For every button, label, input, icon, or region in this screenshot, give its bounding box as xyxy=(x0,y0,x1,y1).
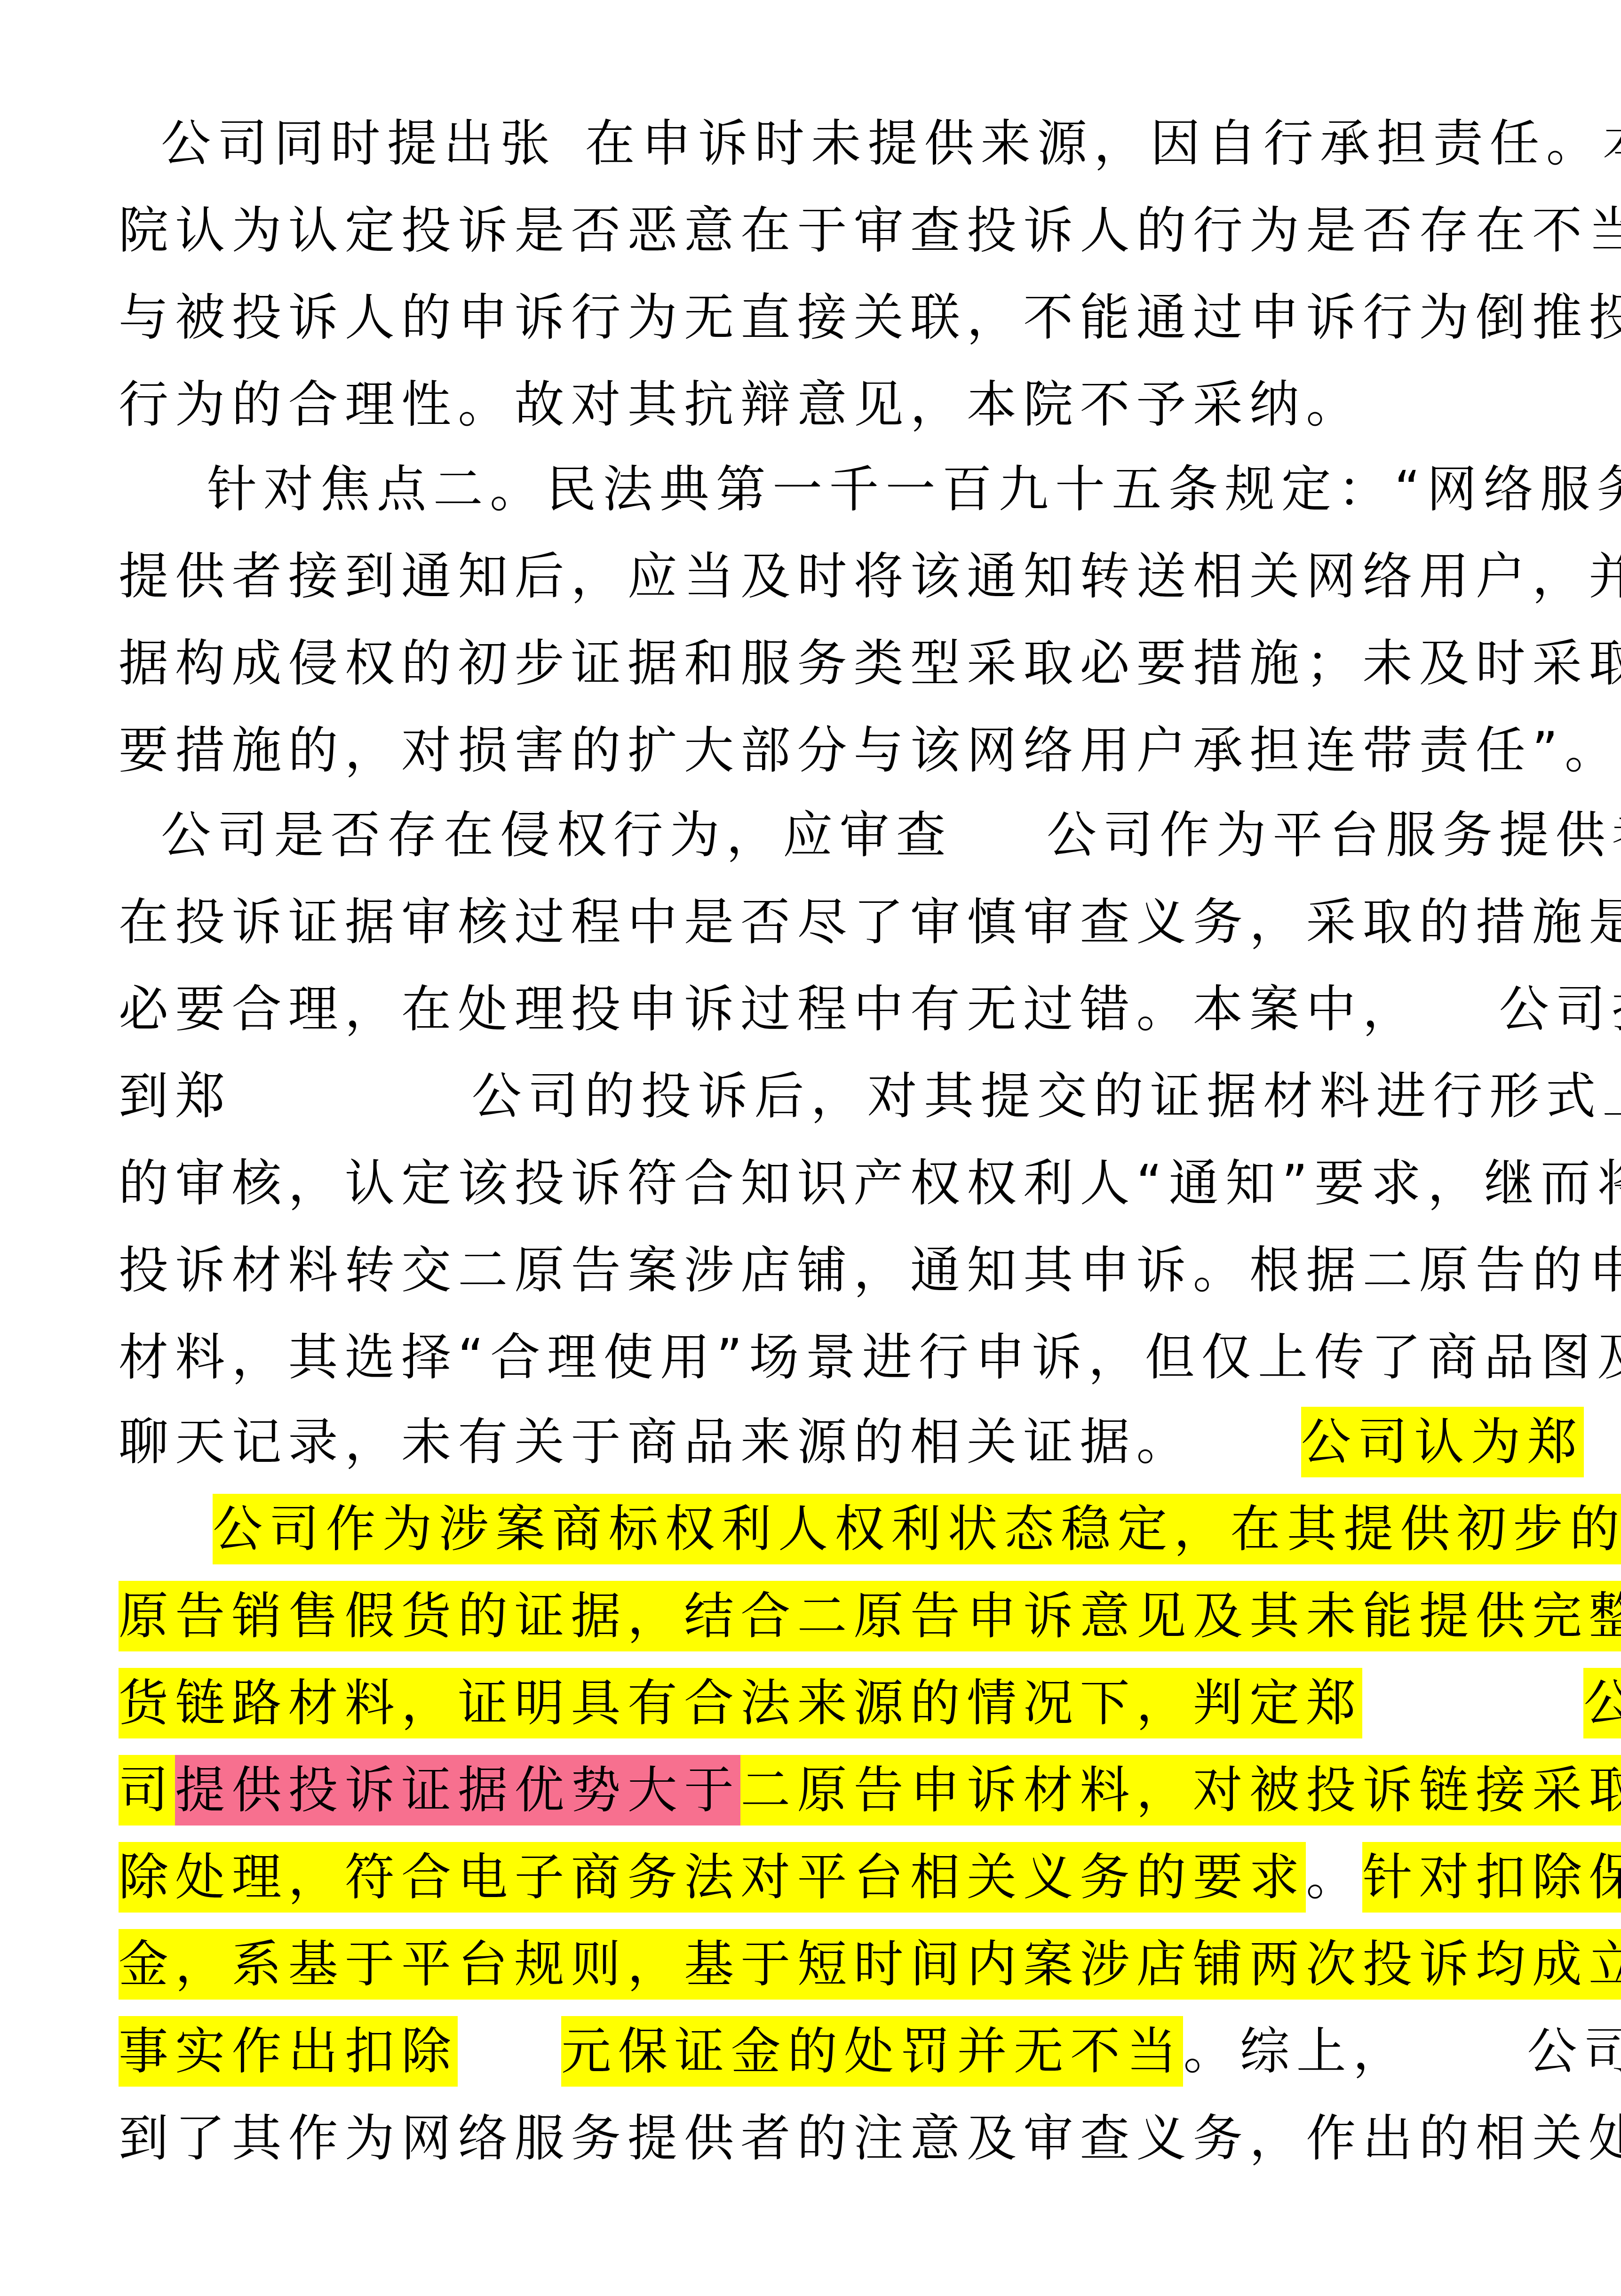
text-line: 材料，其选择“合理使用”场景进行申诉，但仅上传了商品图及 xyxy=(119,1322,1539,1393)
text-line: 行为的合理性。故对其抗辩意见，本院不予采纳。 xyxy=(119,369,1539,440)
text-segment: 针对焦点二。民法典第一千一百九十五条规定：“网络服务 xyxy=(207,454,1621,525)
redacted-region xyxy=(953,800,1047,870)
text-line: 事实作出扣除元保证金的处罚并无不当。综上，公司尽 xyxy=(119,2016,1539,2087)
text-line: 公司同时提出张在申诉时未提供来源，因自行承担责任。本 xyxy=(119,108,1581,179)
yellow-highlight: 二原告申诉材料，对被投诉链接采取删 xyxy=(740,1755,1621,1826)
text-line: 聊天记录，未有关于商品来源的相关证据。公司认为郑 xyxy=(119,1407,1539,1477)
redacted-region xyxy=(1419,974,1499,1044)
text-segment: 行为的合理性。故对其抗辩意见，本院不予采纳。 xyxy=(119,369,1362,440)
yellow-highlight: 事实作出扣除 xyxy=(119,2016,458,2087)
yellow-highlight: 货链路材料，证明具有合法来源的情况下，判定郑 xyxy=(119,1668,1362,1738)
text-segment: 公司的投诉后，对其提交的证据材料进行形式上 xyxy=(471,1061,1621,1132)
text-segment: 在申诉时未提供来源，因自行承担责任。本 xyxy=(585,108,1621,179)
text-line: 司提供投诉证据优势大于二原告申诉材料，对被投诉链接采取删 xyxy=(119,1755,1539,1826)
text-line: 院认为认定投诉是否恶意在于审查投诉人的行为是否存在不当， xyxy=(119,195,1539,266)
text-segment: 要措施的，对损害的扩大部分与该网络用户承担连带责任”。 xyxy=(119,715,1621,786)
text-segment: 公司接 xyxy=(1499,974,1621,1044)
text-segment: 到郑 xyxy=(119,1061,231,1132)
text-segment: 材料，其选择“合理使用”场景进行申诉，但仅上传了商品图及 xyxy=(119,1322,1621,1393)
text-segment: 与被投诉人的申诉行为无直接关联，不能通过申诉行为倒推投诉 xyxy=(119,282,1621,353)
text-segment: 公司作为平台服务提供者 xyxy=(1047,800,1621,870)
redacted-region xyxy=(1362,1668,1583,1738)
text-segment: 公司是否存在侵权行为，应审查 xyxy=(161,800,953,870)
yellow-highlight: 公司认为郑 xyxy=(1301,1407,1584,1477)
yellow-highlight: 除处理，符合电子商务法对平台相关义务的要求 xyxy=(119,1842,1306,1913)
redacted-region xyxy=(458,2016,561,2087)
text-segment: 。 xyxy=(1306,1842,1362,1913)
yellow-highlight: 司 xyxy=(119,1755,175,1826)
text-segment: 到了其作为网络服务提供者的注意及审查义务，作出的相关处罚 xyxy=(119,2103,1621,2174)
text-line: 的审核，认定该投诉符合知识产权权利人“通知”要求，继而将 xyxy=(119,1148,1539,1219)
redacted-region xyxy=(231,1061,471,1132)
text-segment: 投诉材料转交二原告案涉店铺，通知其申诉。根据二原告的申诉 xyxy=(119,1235,1621,1306)
yellow-highlight: 公司作为涉案商标权利人权利状态稳定，在其提供初步的二 xyxy=(213,1494,1621,1564)
text-line: 原告销售假货的证据，结合二原告申诉意见及其未能提供完整进 xyxy=(119,1581,1539,1651)
redacted-region xyxy=(1409,2016,1527,2087)
text-line: 针对焦点二。民法典第一千一百九十五条规定：“网络服务 xyxy=(119,454,1621,525)
text-segment: 在投诉证据审核过程中是否尽了审慎审查义务，采取的措施是否 xyxy=(119,887,1621,957)
text-line: 在投诉证据审核过程中是否尽了审慎审查义务，采取的措施是否 xyxy=(119,887,1539,957)
text-line: 与被投诉人的申诉行为无直接关联，不能通过申诉行为倒推投诉 xyxy=(119,282,1539,353)
text-line: 公司是否存在侵权行为，应审查公司作为平台服务提供者 xyxy=(119,800,1581,870)
text-line: 提供者接到通知后，应当及时将该通知转送相关网络用户，并根 xyxy=(119,541,1539,612)
text-line: 金，系基于平台规则，基于短时间内案涉店铺两次投诉均成立的 xyxy=(119,1929,1539,2000)
text-segment: 公司尽 xyxy=(1527,2016,1621,2087)
text-line: 必要合理，在处理投申诉过程中有无过错。本案中，公司接 xyxy=(119,974,1539,1044)
yellow-highlight: 元保证金的处罚并无不当 xyxy=(561,2016,1183,2087)
yellow-highlight: 原告销售假货的证据，结合二原告申诉意见及其未能提供完整进 xyxy=(119,1581,1621,1651)
pink-highlight: 提供投诉证据优势大于 xyxy=(175,1755,740,1826)
text-line: 到郑公司的投诉后，对其提交的证据材料进行形式上 xyxy=(119,1061,1539,1132)
text-line: 公司作为涉案商标权利人权利状态稳定，在其提供初步的二 xyxy=(119,1494,1539,1564)
redacted-region xyxy=(1193,1407,1301,1477)
yellow-highlight: 金，系基于平台规则，基于短时间内案涉店铺两次投诉均成立的 xyxy=(119,1929,1621,2000)
text-line: 货链路材料，证明具有合法来源的情况下，判定郑公 xyxy=(119,1668,1539,1738)
text-segment: 提供者接到通知后，应当及时将该通知转送相关网络用户，并根 xyxy=(119,541,1621,612)
text-line: 到了其作为网络服务提供者的注意及审查义务，作出的相关处罚 xyxy=(119,2103,1539,2174)
text-segment: 公司同时提出张 xyxy=(161,108,556,179)
text-segment: 据构成侵权的初步证据和服务类型采取必要措施；未及时采取必 xyxy=(119,628,1621,699)
text-segment: 院认为认定投诉是否恶意在于审查投诉人的行为是否存在不当， xyxy=(119,195,1621,266)
text-line: 据构成侵权的初步证据和服务类型采取必要措施；未及时采取必 xyxy=(119,628,1539,699)
yellow-highlight: 公 xyxy=(1583,1668,1621,1738)
text-segment: 。综上， xyxy=(1183,2016,1409,2087)
redacted-region xyxy=(119,1494,213,1564)
text-line: 除处理，符合电子商务法对平台相关义务的要求。针对扣除保证 xyxy=(119,1842,1539,1913)
text-line: 投诉材料转交二原告案涉店铺，通知其申诉。根据二原告的申诉 xyxy=(119,1235,1539,1306)
text-segment: 必要合理，在处理投申诉过程中有无过错。本案中， xyxy=(119,974,1419,1044)
yellow-highlight: 针对扣除保证 xyxy=(1362,1842,1621,1913)
redacted-region xyxy=(556,108,585,179)
text-segment: 聊天记录，未有关于商品来源的相关证据。 xyxy=(119,1407,1193,1477)
text-segment: 的审核，认定该投诉符合知识产权权利人“通知”要求，继而将 xyxy=(119,1148,1621,1219)
text-line: 要措施的，对损害的扩大部分与该网络用户承担连带责任”。 xyxy=(119,715,1539,786)
